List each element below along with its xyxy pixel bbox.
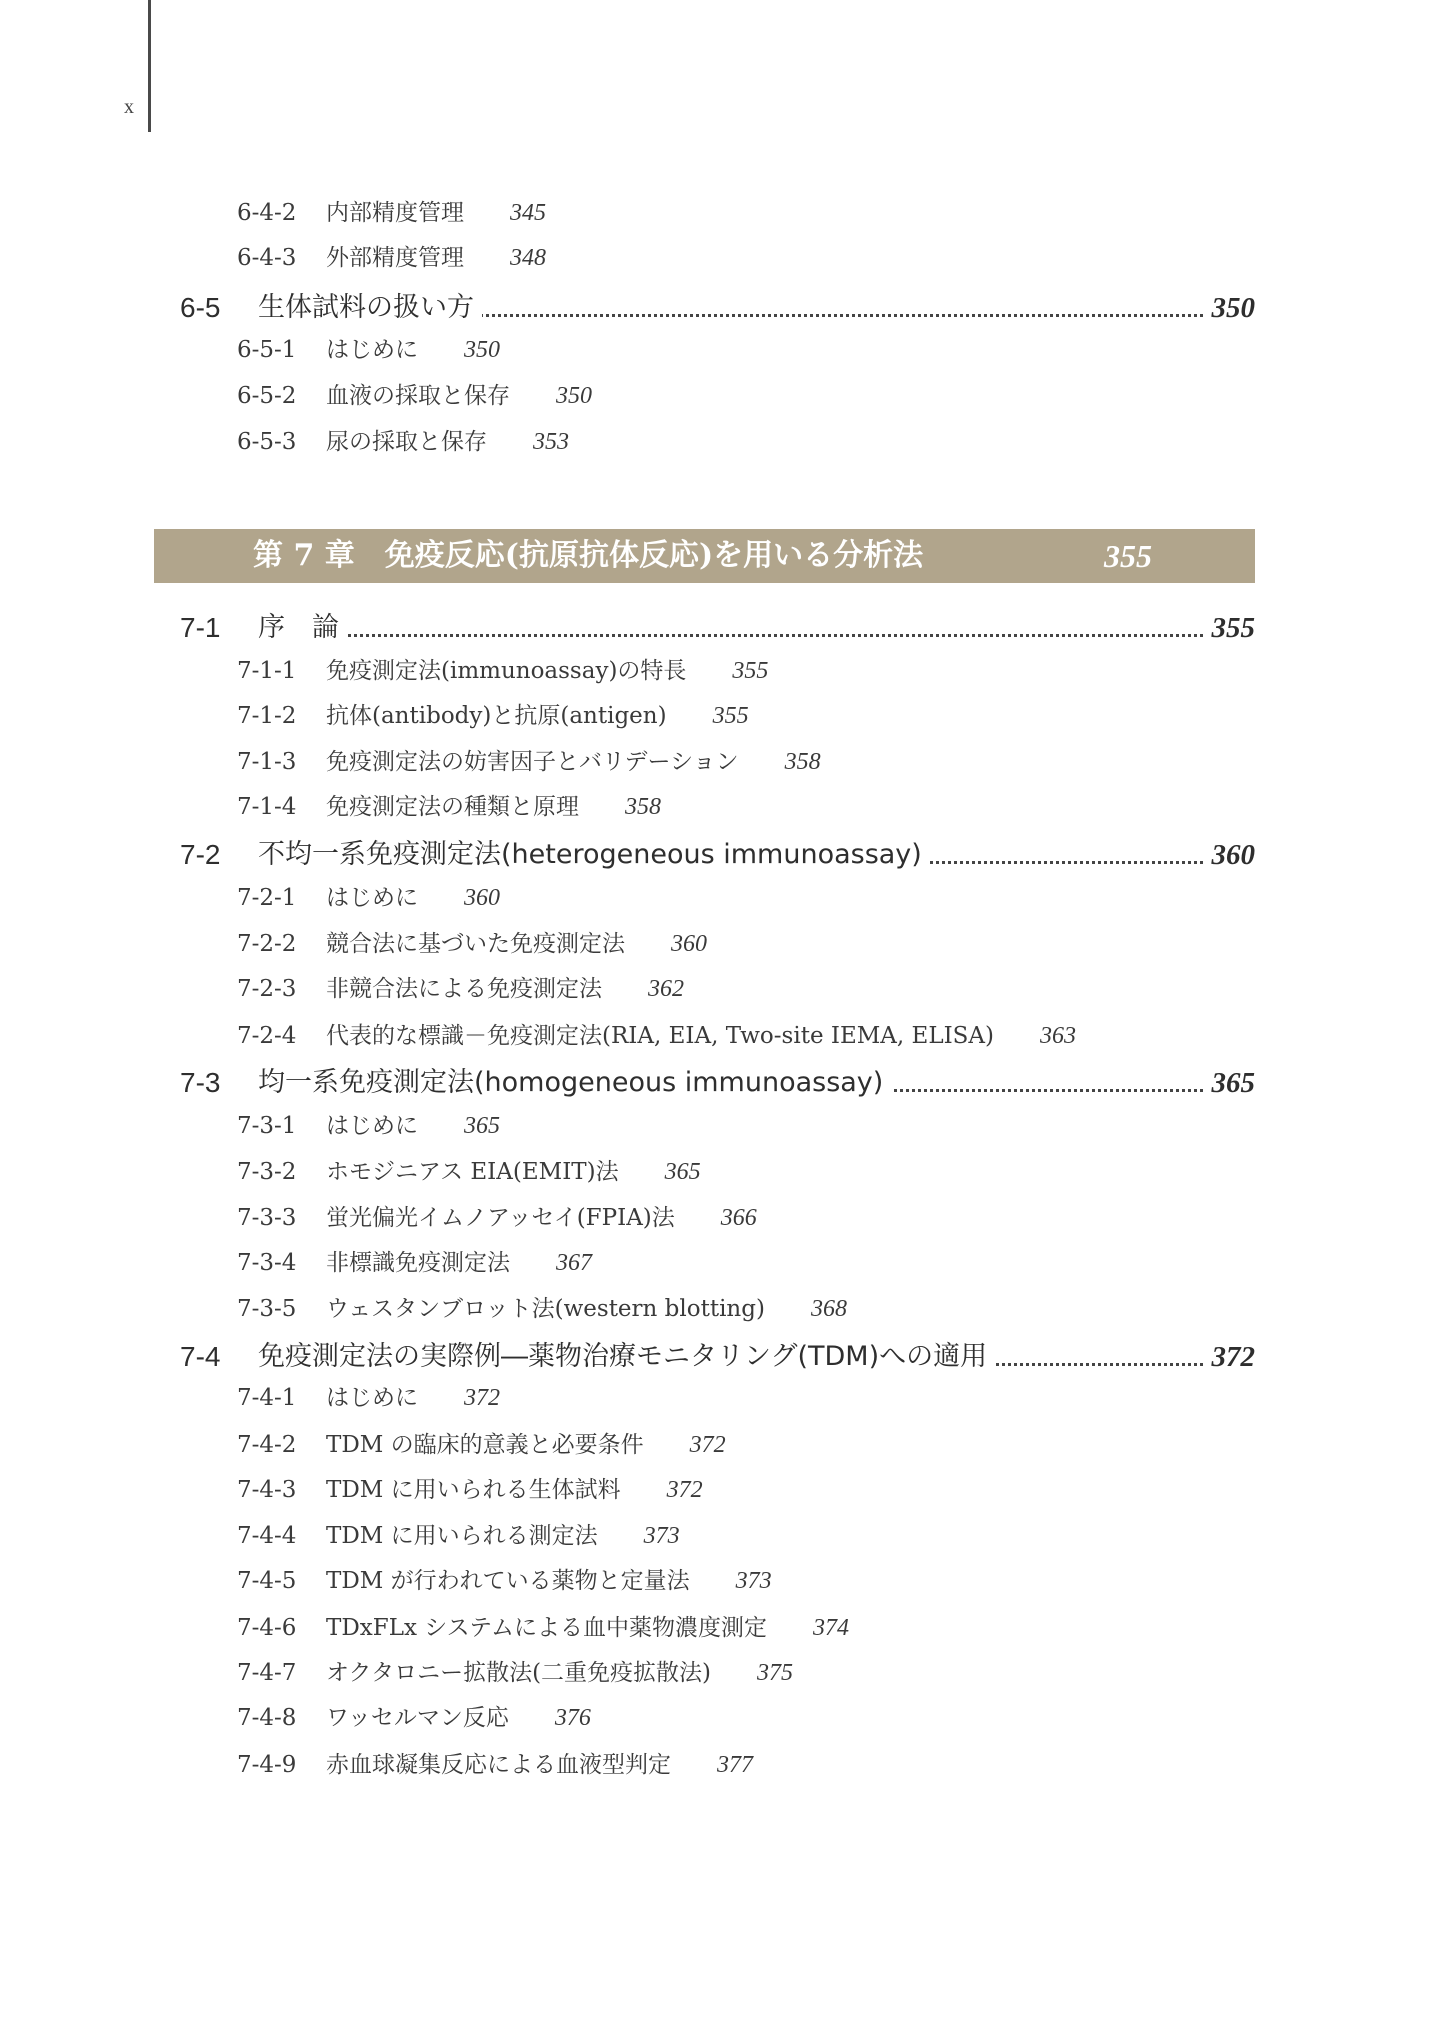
toc-subsection-7-4-1[interactable]: 7-4-1 はじめに372 (0, 1376, 1433, 1420)
subsection-page: 355 (713, 703, 749, 729)
section-number: 7-2 (180, 831, 220, 879)
subsection-number: 7-1-1 (237, 649, 296, 693)
subsection-page: 366 (721, 1205, 757, 1231)
subsection-title: TDM が行われている薬物と定量法 (326, 1568, 690, 1594)
toc-subsection-6-5-3[interactable]: 6-5-3 尿の採取と保存353 (0, 420, 1433, 464)
toc-section-7-2[interactable]: 7-2 不均一系免疫測定法(heterogeneous immunoassay)… (0, 831, 1433, 879)
subsection-page: 373 (644, 1523, 680, 1549)
subsection-title: オクタロニー拡散法(二重免疫拡散法) (326, 1660, 711, 1686)
chapter-banner[interactable]: 第 7 章 免疫反応(抗原抗体反応)を用いる分析法 355 (154, 529, 1255, 583)
subsection-number: 7-2-2 (237, 922, 296, 966)
toc-subsection-7-4-2[interactable]: 7-4-2 TDM の臨床的意義と必要条件372 (0, 1423, 1433, 1467)
subsection-title: 代表的な標識－免疫測定法(RIA, EIA, Two-site IEMA, EL… (326, 1023, 994, 1049)
subsection-number: 6-4-3 (237, 236, 296, 280)
subsection-number: 7-1-3 (237, 740, 296, 784)
toc-subsection-7-2-1[interactable]: 7-2-1 はじめに360 (0, 876, 1433, 920)
toc-subsection-7-4-3[interactable]: 7-4-3 TDM に用いられる生体試料372 (0, 1468, 1433, 1512)
subsection-title: TDxFLx システムによる血中薬物濃度測定 (326, 1615, 767, 1641)
subsection-page: 372 (690, 1432, 726, 1458)
section-number: 6-5 (180, 284, 220, 332)
subsection-number: 6-5-1 (237, 328, 296, 372)
toc-subsection-6-4-3[interactable]: 6-4-3 外部精度管理348 (0, 236, 1433, 280)
section-title: 免疫測定法の実際例―薬物治療モニタリング(TDM)への適用 (258, 1333, 995, 1381)
subsection-number: 7-4-3 (237, 1468, 296, 1512)
subsection-number: 7-4-9 (237, 1743, 296, 1787)
subsection-page: 345 (510, 200, 546, 226)
subsection-page: 360 (671, 931, 707, 957)
subsection-page: 372 (667, 1477, 703, 1503)
subsection-page: 362 (648, 976, 684, 1002)
toc-subsection-7-4-8[interactable]: 7-4-8 ワッセルマン反応376 (0, 1696, 1433, 1740)
toc-section-7-1[interactable]: 7-1 序 論 355 (0, 604, 1433, 652)
subsection-page: 358 (625, 794, 661, 820)
toc-section-7-4[interactable]: 7-4 免疫測定法の実際例―薬物治療モニタリング(TDM)への適用 372 (0, 1333, 1433, 1381)
toc-section-6-5[interactable]: 6-5 生体試料の扱い方 350 (0, 284, 1433, 332)
subsection-number: 6-5-3 (237, 420, 296, 464)
subsection-page: 373 (736, 1568, 772, 1594)
subsection-title: 赤血球凝集反応による血液型判定 (326, 1752, 671, 1778)
toc-subsection-7-3-3[interactable]: 7-3-3 蛍光偏光イムノアッセイ(FPIA)法366 (0, 1196, 1433, 1240)
subsection-page: 376 (555, 1705, 591, 1731)
section-page: 355 (1206, 604, 1256, 652)
subsection-number: 7-1-2 (237, 694, 296, 738)
subsection-number: 7-3-3 (237, 1196, 296, 1240)
subsection-page: 368 (811, 1296, 847, 1322)
toc-subsection-7-2-4[interactable]: 7-2-4 代表的な標識－免疫測定法(RIA, EIA, Two-site IE… (0, 1014, 1433, 1058)
subsection-title: ウェスタンブロット法(western blotting) (326, 1296, 765, 1322)
dot-leader (258, 634, 1245, 637)
subsection-title: 外部精度管理 (326, 245, 464, 271)
subsection-page: 365 (665, 1159, 701, 1185)
subsection-number: 7-4-7 (237, 1651, 296, 1695)
toc-subsection-7-3-4[interactable]: 7-3-4 非標識免疫測定法367 (0, 1241, 1433, 1285)
subsection-page: 367 (556, 1250, 592, 1276)
subsection-title: 内部精度管理 (326, 200, 464, 226)
section-title: 不均一系免疫測定法(heterogeneous immunoassay) (258, 831, 930, 879)
subsection-number: 7-4-8 (237, 1696, 296, 1740)
subsection-page: 377 (717, 1752, 753, 1778)
section-number: 7-1 (180, 604, 220, 652)
chapter-page: 355 (1104, 529, 1152, 583)
subsection-number: 7-4-2 (237, 1423, 296, 1467)
subsection-page: 353 (533, 429, 569, 455)
subsection-number: 7-3-2 (237, 1150, 296, 1194)
page-folio: x (124, 96, 134, 119)
subsection-number: 7-4-4 (237, 1514, 296, 1558)
toc-subsection-7-3-2[interactable]: 7-3-2 ホモジニアス EIA(EMIT)法365 (0, 1150, 1433, 1194)
subsection-title: 競合法に基づいた免疫測定法 (326, 931, 625, 957)
subsection-number: 6-5-2 (237, 374, 296, 418)
subsection-page: 365 (464, 1113, 500, 1139)
subsection-page: 375 (757, 1660, 793, 1686)
subsection-title: はじめに (326, 1385, 418, 1411)
subsection-title: 非競合法による免疫測定法 (326, 976, 602, 1002)
subsection-title: 免疫測定法の妨害因子とバリデーション (326, 749, 739, 775)
toc-subsection-6-4-2[interactable]: 6-4-2 内部精度管理345 (0, 191, 1433, 235)
subsection-number: 7-3-4 (237, 1241, 296, 1285)
subsection-number: 7-2-3 (237, 967, 296, 1011)
toc-subsection-7-4-7[interactable]: 7-4-7 オクタロニー拡散法(二重免疫拡散法)375 (0, 1651, 1433, 1695)
toc-subsection-7-3-1[interactable]: 7-3-1 はじめに365 (0, 1104, 1433, 1148)
subsection-page: 348 (510, 245, 546, 271)
subsection-page: 372 (464, 1385, 500, 1411)
subsection-title: 血液の採取と保存 (326, 383, 510, 409)
margin-rule (148, 0, 151, 132)
toc-subsection-7-3-5[interactable]: 7-3-5 ウェスタンブロット法(western blotting)368 (0, 1287, 1433, 1331)
subsection-page: 355 (732, 658, 768, 684)
subsection-page: 350 (464, 337, 500, 363)
subsection-number: 7-4-1 (237, 1376, 296, 1420)
toc-subsection-7-1-3[interactable]: 7-1-3 免疫測定法の妨害因子とバリデーション358 (0, 740, 1433, 784)
section-page: 350 (1206, 284, 1256, 332)
section-page: 372 (1206, 1333, 1256, 1381)
chapter-title: 第 7 章 免疫反応(抗原抗体反応)を用いる分析法 (253, 529, 923, 583)
subsection-title: TDM に用いられる測定法 (326, 1523, 598, 1549)
subsection-page: 360 (464, 885, 500, 911)
section-number: 7-4 (180, 1333, 220, 1381)
section-title: 生体試料の扱い方 (258, 284, 482, 332)
subsection-title: 蛍光偏光イムノアッセイ(FPIA)法 (326, 1205, 675, 1231)
subsection-page: 363 (1040, 1023, 1076, 1049)
toc-subsection-7-2-3[interactable]: 7-2-3 非競合法による免疫測定法362 (0, 967, 1433, 1011)
subsection-page: 358 (785, 749, 821, 775)
subsection-number: 7-2-1 (237, 876, 296, 920)
subsection-title: はじめに (326, 1113, 418, 1139)
subsection-number: 7-4-6 (237, 1606, 296, 1650)
subsection-number: 7-3-5 (237, 1287, 296, 1331)
toc-subsection-7-4-5[interactable]: 7-4-5 TDM が行われている薬物と定量法373 (0, 1559, 1433, 1603)
section-page: 360 (1206, 831, 1256, 879)
subsection-title: TDM に用いられる生体試料 (326, 1477, 621, 1503)
subsection-title: TDM の臨床的意義と必要条件 (326, 1432, 644, 1458)
toc-subsection-7-1-4[interactable]: 7-1-4 免疫測定法の種類と原理358 (0, 785, 1433, 829)
subsection-number: 7-2-4 (237, 1014, 296, 1058)
subsection-title: 免疫測定法(immunoassay)の特長 (326, 658, 686, 684)
subsection-title: はじめに (326, 337, 418, 363)
section-number: 7-3 (180, 1059, 220, 1107)
toc-subsection-7-1-1[interactable]: 7-1-1 免疫測定法(immunoassay)の特長355 (0, 649, 1433, 693)
toc-subsection-7-1-2[interactable]: 7-1-2 抗体(antibody)と抗原(antigen)355 (0, 694, 1433, 738)
subsection-page: 350 (556, 383, 592, 409)
subsection-title: 免疫測定法の種類と原理 (326, 794, 579, 820)
toc-subsection-7-2-2[interactable]: 7-2-2 競合法に基づいた免疫測定法360 (0, 922, 1433, 966)
toc-section-7-3[interactable]: 7-3 均一系免疫測定法(homogeneous immunoassay) 36… (0, 1059, 1433, 1107)
subsection-number: 7-3-1 (237, 1104, 296, 1148)
toc-subsection-7-4-4[interactable]: 7-4-4 TDM に用いられる測定法373 (0, 1514, 1433, 1558)
subsection-title: 抗体(antibody)と抗原(antigen) (326, 703, 667, 729)
subsection-title: ワッセルマン反応 (326, 1705, 509, 1731)
toc-subsection-7-4-6[interactable]: 7-4-6 TDxFLx システムによる血中薬物濃度測定374 (0, 1606, 1433, 1650)
section-title: 序 論 (258, 604, 347, 652)
subsection-title: 非標識免疫測定法 (326, 1250, 510, 1276)
subsection-title: 尿の採取と保存 (326, 429, 487, 455)
section-page: 365 (1206, 1059, 1256, 1107)
section-title: 均一系免疫測定法(homogeneous immunoassay) (258, 1059, 891, 1107)
subsection-page: 374 (813, 1615, 849, 1641)
subsection-number: 7-4-5 (237, 1559, 296, 1603)
toc-subsection-6-5-1[interactable]: 6-5-1 はじめに350 (0, 328, 1433, 372)
subsection-number: 6-4-2 (237, 191, 296, 235)
subsection-number: 7-1-4 (237, 785, 296, 829)
toc-subsection-7-4-9[interactable]: 7-4-9 赤血球凝集反応による血液型判定377 (0, 1743, 1433, 1787)
toc-subsection-6-5-2[interactable]: 6-5-2 血液の採取と保存350 (0, 374, 1433, 418)
subsection-title: ホモジニアス EIA(EMIT)法 (326, 1159, 619, 1185)
subsection-title: はじめに (326, 885, 418, 911)
